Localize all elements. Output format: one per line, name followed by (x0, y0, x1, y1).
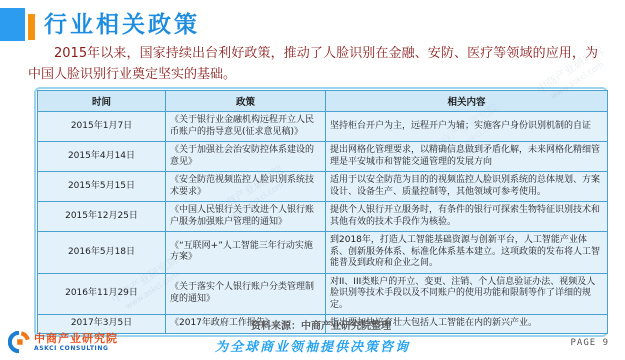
footer-slogan: 为全球商业领袖提供决策咨询 (0, 336, 625, 355)
data-source-note: 资料来源：中商产业研究院整理 (34, 317, 608, 332)
title-block: 行业相关政策 (0, 5, 200, 41)
policy-table-container: 时间 政策 相关内容 2015年1月7日 《关于银行业金融机构远程开立人民币账户… (34, 87, 608, 337)
page-title: 行业相关政策 (44, 9, 200, 41)
header-policy: 政策 (166, 91, 326, 112)
policy-content: 提供个人银行开立服务时，有条件的银行可探索生物特征识别技术和其他有效的技术手段作… (326, 202, 608, 232)
table-row: 2015年1月7日 《关于银行业金融机构远程开立人民币账户的指导意见(征求意见稿… (38, 112, 608, 142)
policy-content: 坚持柜台开户为主，远程开户为辅；实施客户身份识别机制的自证 (326, 112, 608, 142)
policy-title: 《“互联网+”人工智能三年行动实施方案》 (166, 232, 326, 274)
policy-time: 2016年11月29日 (38, 273, 166, 315)
policy-title: 《中国人民银行关于改进个人银行账户服务加强账户管理的通知》 (166, 202, 326, 232)
title-accent-bar (28, 14, 35, 40)
intro-paragraph: 2015年以来，国家持续出台利好政策，推动了人脸识别在金融、安防、医疗等领域的应… (28, 43, 598, 85)
policy-title: 《安全防范视频监控人脸识别系统技术要求》 (166, 172, 326, 202)
policy-time: 2015年12月25日 (38, 202, 166, 232)
page-number: PAGE 9 (570, 338, 609, 348)
policy-title: 《关于加强社会治安防控体系建设的意见》 (166, 142, 326, 172)
table-header-row: 时间 政策 相关内容 (38, 91, 608, 112)
table-row: 2015年12月25日 《中国人民银行关于改进个人银行账户服务加强账户管理的通知… (38, 202, 608, 232)
policy-content: 到2018年，打造人工智能基础资源与创新平台，人工智能产业体系、创新服务体系、标… (326, 232, 608, 274)
table-row: 2016年11月29日 《关于落实个人银行账户分类管理制度的通知》 对II、II… (38, 273, 608, 315)
policy-title: 《关于银行业金融机构远程开立人民币账户的指导意见(征求意见稿)》 (166, 112, 326, 142)
policy-time: 2015年1月7日 (38, 112, 166, 142)
header-time: 时间 (38, 91, 166, 112)
policy-content: 对II、III类账户的开立、变更、注销、个人信息验证办法、视频及人脸识别等技术手… (326, 273, 608, 315)
table-row: 2016年5月18日 《“互联网+”人工智能三年行动实施方案》 到2018年，打… (38, 232, 608, 274)
policy-time: 2016年5月18日 (38, 232, 166, 274)
table-row: 2015年5月15日 《安全防范视频监控人脸识别系统技术要求》 适用于以安全防范… (38, 172, 608, 202)
policy-table: 时间 政策 相关内容 2015年1月7日 《关于银行业金融机构远程开立人民币账户… (37, 90, 608, 334)
policy-time: 2015年4月14日 (38, 142, 166, 172)
title-accent-square (0, 8, 25, 41)
policy-title: 《关于落实个人银行账户分类管理制度的通知》 (166, 273, 326, 315)
policy-content: 适用于以安全防范为目的的视频监控人脸识别系统的总体规划、方案设计、设备生产、质量… (326, 172, 608, 202)
header-content: 相关内容 (326, 91, 608, 112)
policy-content: 提出网格化管理要求，以精确信息做到矛盾化解，未来网格化精细管理是平安城市和智能交… (326, 142, 608, 172)
table-row: 2015年4月14日 《关于加强社会治安防控体系建设的意见》 提出网格化管理要求… (38, 142, 608, 172)
slide: 行业相关政策 2015年以来，国家持续出台利好政策，推动了人脸识别在金融、安防、… (0, 0, 625, 360)
policy-time: 2015年5月15日 (38, 172, 166, 202)
